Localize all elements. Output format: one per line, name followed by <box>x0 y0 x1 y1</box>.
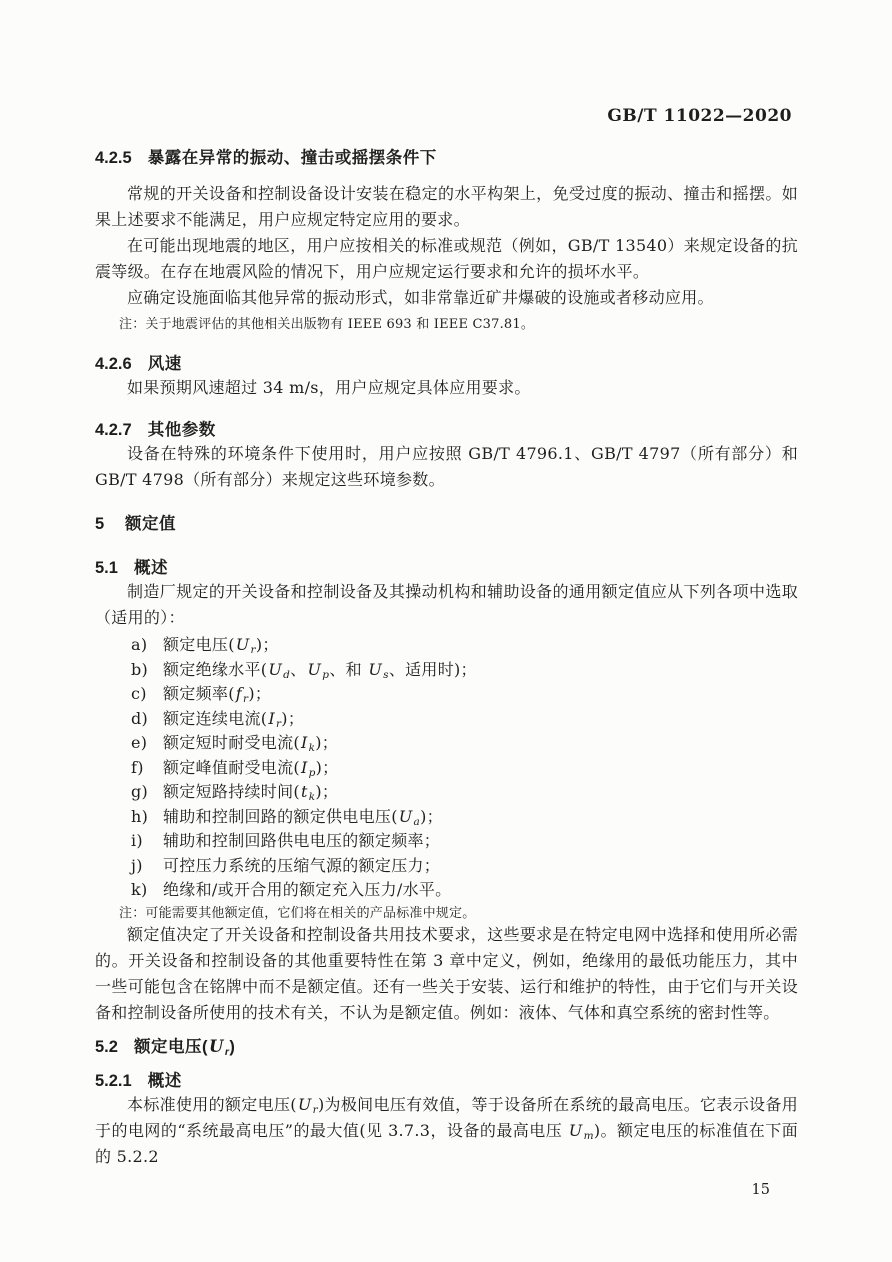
heading-number: 4.2.5 <box>95 147 132 169</box>
list-item-text: 可控压力系统的压缩气源的额定压力； <box>163 854 798 879</box>
list-item: e)额定短时耐受电流(Ik)； <box>95 731 798 756</box>
body-paragraph: 应确定设施面临其他异常的振动形式，如非常靠近矿井爆破的设施或者移动应用。 <box>95 285 798 311</box>
list-item-label: e) <box>131 731 163 756</box>
list-item-label: i) <box>131 829 163 854</box>
list-item: d)额定连续电流(Ir)； <box>95 707 798 732</box>
page-number: 15 <box>95 1180 798 1200</box>
list-item: j)可控压力系统的压缩气源的额定压力； <box>95 854 798 879</box>
body-paragraph: 制造厂规定的开关设备和控制设备及其操动机构和辅助设备的通用额定值应从下列各项中选… <box>95 579 798 631</box>
list-item-text: 绝缘和/或开合用的额定充入压力/水平。 <box>163 878 798 903</box>
body-paragraph: 在可能出现地震的地区，用户应按相关的标准或规范（例如，GB/T 13540）来规… <box>95 233 798 285</box>
body-paragraph: 常规的开关设备和控制设备设计安装在稳定的水平构架上，免受过度的振动、撞击和摇摆。… <box>95 181 798 233</box>
body-paragraph: 额定值决定了开关设备和控制设备共用技术要求，这些要求是在特定电网中选择和使用所必… <box>95 922 798 1026</box>
body-paragraph: 如果预期风速超过 34 m/s，用户应规定具体应用要求。 <box>95 375 798 401</box>
list-item: a)额定电压(Ur)； <box>95 633 798 658</box>
list-item-text: 额定频率(fr)； <box>163 682 798 707</box>
list-item: b)额定绝缘水平(Ud、Up、和 Us、适用时)； <box>95 658 798 683</box>
heading-title: 概述 <box>148 1072 182 1090</box>
note: 注：关于地震评估的其他相关出版物有 IEEE 693 和 IEEE C37.81… <box>119 316 798 333</box>
body-paragraph: 设备在特殊的环境条件下使用时，用户应按照 GB/T 4796.1、GB/T 47… <box>95 441 798 493</box>
list-item-label: f) <box>131 756 163 781</box>
list-item: k)绝缘和/或开合用的额定充入压力/水平。 <box>95 878 798 903</box>
list-item: h)辅助和控制回路的额定供电电压(Ua)； <box>95 805 798 830</box>
heading-title: 额定值 <box>125 515 176 533</box>
list-item-label: h) <box>131 805 163 830</box>
heading-title: 概述 <box>134 559 168 577</box>
list-item-text: 辅助和控制回路供电电压的额定频率； <box>163 829 798 854</box>
list-item-text: 辅助和控制回路的额定供电电压(Ua)； <box>163 805 798 830</box>
heading-number: 5.1 <box>95 557 118 579</box>
list-item-label: k) <box>131 878 163 903</box>
section-heading-5-2: 5.2额定电压(Ur) <box>95 1036 798 1058</box>
heading-number: 4.2.6 <box>95 353 132 375</box>
section-heading-5-1: 5.1概述 <box>95 557 798 579</box>
list-item-text: 额定短路持续时间(tk)； <box>163 780 798 805</box>
list-item-text: 额定峰值耐受电流(Ip)； <box>163 756 798 781</box>
heading-number: 5 <box>95 513 109 535</box>
list-item-label: g) <box>131 780 163 805</box>
list-item-text: 额定连续电流(Ir)； <box>163 707 798 732</box>
page-content: GB/T 11022—2020 4.2.5暴露在异常的振动、撞击或摇摆条件下 常… <box>0 0 892 1200</box>
list-item: i)辅助和控制回路供电电压的额定频率； <box>95 829 798 854</box>
list-item-label: a) <box>131 633 163 658</box>
heading-title: 额定电压(Ur) <box>134 1038 235 1056</box>
list-item-text: 额定短时耐受电流(Ik)； <box>163 731 798 756</box>
section-heading-4-2-7: 4.2.7其他参数 <box>95 419 798 441</box>
heading-title: 风速 <box>148 355 182 373</box>
list-item-label: b) <box>131 658 163 683</box>
heading-number: 4.2.7 <box>95 419 132 441</box>
section-heading-4-2-6: 4.2.6风速 <box>95 353 798 375</box>
list-item: f)额定峰值耐受电流(Ip)； <box>95 756 798 781</box>
list-item-label: d) <box>131 707 163 732</box>
heading-number: 5.2 <box>95 1036 118 1058</box>
document-page: GB/T 11022—2020 4.2.5暴露在异常的振动、撞击或摇摆条件下 常… <box>0 0 892 1262</box>
section-heading-5: 5额定值 <box>95 513 798 535</box>
section-heading-4-2-5: 4.2.5暴露在异常的振动、撞击或摇摆条件下 <box>95 147 798 169</box>
heading-number: 5.2.1 <box>95 1070 132 1092</box>
standard-number: GB/T 11022—2020 <box>95 105 798 127</box>
heading-title: 暴露在异常的振动、撞击或摇摆条件下 <box>148 149 437 167</box>
list-item: g)额定短路持续时间(tk)； <box>95 780 798 805</box>
list-item-text: 额定绝缘水平(Ud、Up、和 Us、适用时)； <box>163 658 798 683</box>
section-heading-5-2-1: 5.2.1概述 <box>95 1070 798 1092</box>
list-item: c)额定频率(fr)； <box>95 682 798 707</box>
list-item-label: c) <box>131 682 163 707</box>
body-paragraph: 本标准使用的额定电压(Ur)为极间电压有效值，等于设备所在系统的最高电压。它表示… <box>95 1092 798 1170</box>
list-item-text: 额定电压(Ur)； <box>163 633 798 658</box>
list-item-label: j) <box>131 854 163 879</box>
rating-list: a)额定电压(Ur)； b)额定绝缘水平(Ud、Up、和 Us、适用时)； c)… <box>95 633 798 903</box>
heading-title: 其他参数 <box>148 421 216 439</box>
note: 注：可能需要其他额定值，它们将在相关的产品标准中规定。 <box>119 905 798 922</box>
